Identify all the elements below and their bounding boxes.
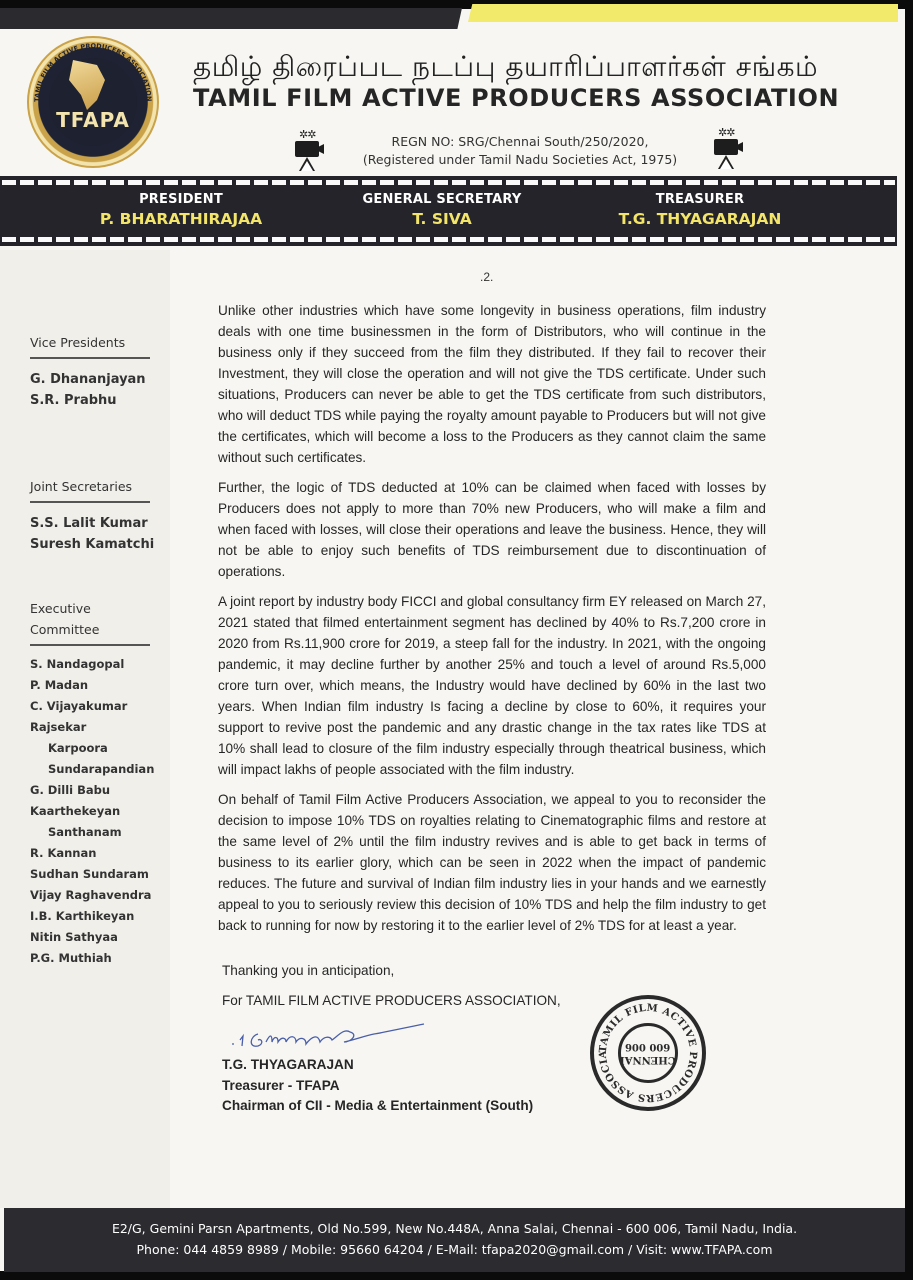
header-dark-stripe [0, 8, 462, 29]
body-paragraph: Unlike other industries which have some … [218, 300, 766, 468]
member-name: P.G. Muthiah [30, 948, 150, 969]
officer-name: T. SIVA [352, 210, 532, 228]
registration-info: REGN NO: SRG/Chennai South/250/2020, (Re… [330, 133, 710, 169]
member-name: G. Dhananjayan [30, 369, 150, 390]
officer-role: TREASURER [610, 192, 790, 207]
registration-number: REGN NO: SRG/Chennai South/250/2020, [330, 133, 710, 151]
member-name: Sudhan Sundaram [30, 864, 150, 885]
executive-committee-heading: Executive Committee [30, 598, 150, 646]
seal-city: CHENNAI [620, 1053, 676, 1066]
film-perforations [2, 237, 895, 242]
letter-footer: E2/G, Gemini Parsn Apartments, Old No.59… [4, 1208, 905, 1272]
committee-sidebar: Vice Presidents G. Dhananjayan S.R. Prab… [0, 250, 170, 1208]
body-paragraph: Further, the logic of TDS deducted at 10… [218, 477, 766, 582]
footer-contact: Phone: 044 4859 8989 / Mobile: 95660 642… [4, 1239, 905, 1260]
member-name: S. Nandagopal [30, 654, 150, 675]
executive-committee-group: Executive Committee S. Nandagopal P. Mad… [30, 598, 150, 969]
member-name: S.R. Prabhu [30, 390, 150, 411]
officers-band: PRESIDENT P. BHARATHIRAJAA GENERAL SECRE… [0, 176, 897, 246]
org-name-tamil: தமிழ் திரைப்பட நடப்பு தயாரிப்பாளர்கள் சங… [193, 50, 853, 87]
heading-line: Executive [30, 598, 150, 619]
vice-presidents-group: Vice Presidents G. Dhananjayan S.R. Prab… [30, 332, 150, 411]
signatory-block: T.G. THYAGARAJAN Treasurer - TFAPA Chair… [222, 1055, 533, 1117]
member-name: Vijay Raghavendra [30, 885, 150, 906]
association-seal-stamp: TAMIL FILM ACTIVE PRODUCERS ASSOCIATION … [590, 995, 706, 1111]
vice-presidents-heading: Vice Presidents [30, 332, 150, 359]
officer-name: P. BHARATHIRAJAA [96, 210, 266, 228]
member-name: S.S. Lalit Kumar [30, 513, 150, 534]
officer-role: PRESIDENT [96, 192, 266, 207]
film-perforations [2, 180, 895, 185]
member-name: Kaarthekeyan [30, 801, 150, 822]
member-name: I.B. Karthikeyan [30, 906, 150, 927]
joint-secretaries-heading: Joint Secretaries [30, 476, 150, 503]
member-name: Nitin Sathyaa [30, 927, 150, 948]
joint-secretaries-group: Joint Secretaries S.S. Lalit Kumar Sures… [30, 476, 150, 555]
signatory-title: Chairman of CII - Media & Entertainment … [222, 1096, 533, 1117]
signatory-name: T.G. THYAGARAJAN [222, 1055, 533, 1076]
seal-center: 600 006 CHENNAI [618, 1023, 678, 1083]
tfapa-logo: TAMIL FILM ACTIVE PRODUCERS ASSOCIATION … [27, 36, 159, 168]
officer-treasurer: TREASURER T.G. THYAGARAJAN [610, 192, 790, 228]
logo-text: TFAPA [29, 108, 157, 132]
heading-line: Committee [30, 619, 150, 640]
org-name-english: TAMIL FILM ACTIVE PRODUCERS ASSOCIATION [193, 84, 853, 112]
movie-camera-icon: ✲✲ [712, 128, 742, 172]
member-name: Rajsekar [30, 717, 150, 738]
member-name: P. Madan [30, 675, 150, 696]
page-number: .2. [480, 270, 493, 284]
officer-role: GENERAL SECRETARY [352, 192, 532, 207]
officer-general-secretary: GENERAL SECRETARY T. SIVA [352, 192, 532, 228]
member-name: Sundarapandian [30, 759, 150, 780]
handwritten-signature [228, 1012, 458, 1052]
body-paragraph: On behalf of Tamil Film Active Producers… [218, 789, 766, 936]
signatory-title: Treasurer - TFAPA [222, 1076, 533, 1097]
member-name: G. Dilli Babu [30, 780, 150, 801]
member-name: Karpoora [30, 738, 150, 759]
footer-address: E2/G, Gemini Parsn Apartments, Old No.59… [4, 1218, 905, 1239]
member-name: Santhanam [30, 822, 150, 843]
member-name: R. Kannan [30, 843, 150, 864]
movie-camera-icon: ✲✲ [293, 130, 323, 174]
officer-name: T.G. THYAGARAJAN [610, 210, 790, 228]
officer-president: PRESIDENT P. BHARATHIRAJAA [96, 192, 266, 228]
letter-body: Unlike other industries which have some … [218, 300, 766, 945]
for-association-line: For TAMIL FILM ACTIVE PRODUCERS ASSOCIAT… [222, 990, 561, 1011]
body-paragraph: A joint report by industry body FICCI an… [218, 591, 766, 780]
registration-act: (Registered under Tamil Nadu Societies A… [330, 151, 710, 169]
header-yellow-stripe [468, 4, 898, 22]
seal-pincode: 600 006 [625, 1040, 670, 1053]
member-name: C. Vijayakumar [30, 696, 150, 717]
member-name: Suresh Kamatchi [30, 534, 150, 555]
closing-line: Thanking you in anticipation, [222, 960, 394, 981]
